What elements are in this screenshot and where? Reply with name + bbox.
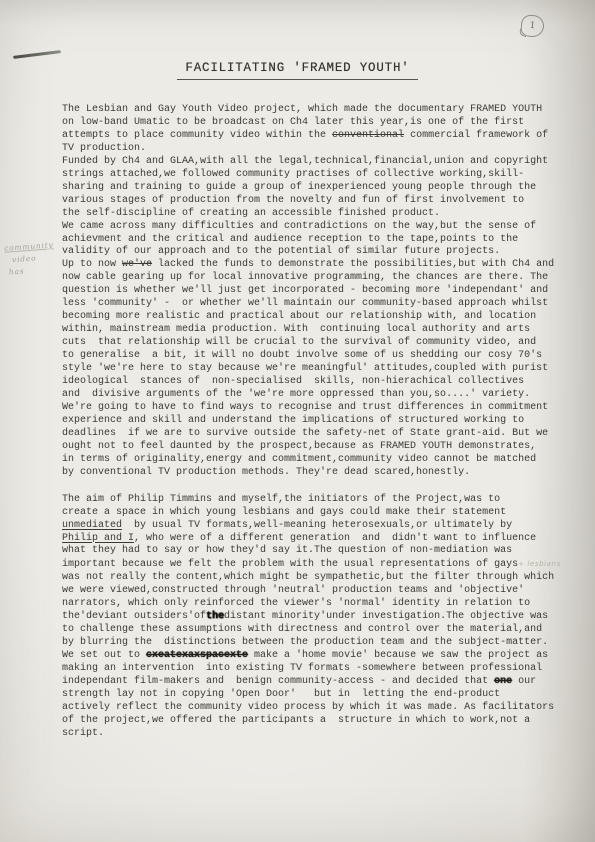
typed-text: now cable gearing up for local innovativ…	[62, 272, 548, 283]
typed-line: TV production.	[62, 143, 567, 156]
typed-line: sharing and training to guide a group of…	[62, 182, 567, 195]
typed-text: create a space in which young lesbians a…	[62, 507, 506, 518]
typed-text: the self-discipline of creating an acces…	[62, 208, 440, 219]
typed-text: becoming more realistic and practical ab…	[62, 311, 536, 322]
typed-line: achievment and the critical and audience…	[62, 234, 567, 247]
scanned-page: 1 FACILITATING 'FRAMED YOUTH' community …	[0, 0, 595, 842]
typed-line: various stages of production from the no…	[62, 195, 567, 208]
typed-text: strings attached,we followed community p…	[62, 169, 524, 180]
page-number: 1	[529, 21, 536, 32]
typed-underline-text: Philip and I	[62, 533, 134, 544]
typed-text: our	[512, 676, 536, 687]
paragraph-block: The aim of Philip Timmins and myself,the…	[62, 494, 567, 741]
typed-text: by usual TV formats,well-meaning heteros…	[122, 520, 512, 531]
typed-text: ideological stances of non-specialised s…	[62, 376, 524, 387]
typed-text: making an intervention into existing TV …	[62, 663, 542, 674]
typed-text: narrators, which only reinforced the vie…	[62, 598, 530, 609]
paragraph-block: The Lesbian and Gay Youth Video project,…	[62, 104, 567, 480]
typed-text: independant film-makers and benign commu…	[62, 676, 494, 687]
typed-line: deadlines if we are to survive outside t…	[62, 428, 567, 441]
typed-text: in terms of originality,energy and commi…	[62, 454, 536, 465]
typed-text: ought not to feel daunted by the prospec…	[62, 441, 536, 452]
typed-text: sharing and training to guide a group of…	[62, 182, 536, 193]
typed-line: the'deviant outsiders'ofthedistant minor…	[62, 611, 567, 624]
typed-line: of the project,we offered the participan…	[62, 715, 567, 728]
typed-text: , who were of a different generation and…	[134, 533, 536, 544]
typed-text: actively reflect the community video pro…	[62, 702, 554, 713]
typed-line: was not really the content,which might b…	[62, 572, 567, 585]
typed-text: The aim of Philip Timmins and myself,the…	[62, 494, 500, 505]
typed-text: strength lay not in copying 'Open Door' …	[62, 689, 500, 700]
typed-text: achievment and the critical and audience…	[62, 234, 518, 245]
typed-line: by blurring the distinctions between the…	[62, 637, 567, 650]
margin-note-line: has	[5, 263, 55, 278]
typed-text-body: The Lesbian and Gay Youth Video project,…	[62, 104, 567, 741]
typed-line: We came across many difficulties and con…	[62, 221, 567, 234]
typed-line: script.	[62, 728, 567, 741]
typed-line: create a space in which young lesbians a…	[62, 507, 567, 520]
typed-text: script.	[62, 728, 104, 739]
typed-line: what they had to say or how they'd say i…	[62, 545, 567, 558]
typed-line: The Lesbian and Gay Youth Video project,…	[62, 104, 567, 117]
typed-line: less 'community' - or whether we'll main…	[62, 298, 567, 311]
typed-hand-text: + lesbians	[518, 560, 561, 568]
typed-text: important because we felt the problem wi…	[62, 559, 518, 570]
typed-underline-text: unmediated	[62, 520, 122, 531]
typed-text: what they had to say or how they'd say i…	[62, 545, 512, 556]
typed-line: independant film-makers and benign commu…	[62, 676, 567, 689]
typed-text: less 'community' - or whether we'll main…	[62, 298, 548, 309]
typed-text: Funded by Ch4 and GLAA,with all the lega…	[62, 156, 548, 167]
typed-line: We're going to have to find ways to reco…	[62, 402, 567, 415]
typed-strike-text: conventional	[332, 130, 404, 141]
typed-line: to generalise a bit, it will no doubt in…	[62, 350, 567, 363]
title-area: FACILITATING 'FRAMED YOUTH'	[0, 0, 595, 80]
typed-line: important because we felt the problem wi…	[62, 558, 567, 572]
typed-line: ideological stances of non-specialised s…	[62, 376, 567, 389]
typed-line: ought not to feel daunted by the prospec…	[62, 441, 567, 454]
typed-text: We set out to	[62, 650, 146, 661]
typed-text: lacked the funds to demonstrate the poss…	[152, 259, 554, 270]
pencil-margin-note: community video has	[4, 239, 56, 278]
typed-strike-text: we've	[122, 259, 152, 270]
typed-line: we were viewed,constructed through 'neut…	[62, 585, 567, 598]
typed-text: to generalise a bit, it will no doubt in…	[62, 350, 542, 361]
typed-text: by conventional TV production methods. T…	[62, 467, 470, 478]
typed-line: becoming more realistic and practical ab…	[62, 311, 567, 324]
typed-line: in terms of originality,energy and commi…	[62, 454, 567, 467]
typed-text: question is whether we'll just get incor…	[62, 285, 548, 296]
typed-line: Philip and I, who were of a different ge…	[62, 533, 567, 546]
typed-text: validity of our approach and to the pote…	[62, 246, 500, 257]
typed-text: TV production.	[62, 143, 146, 154]
typed-text: to challenge these assumptions with dire…	[62, 624, 542, 635]
typed-text: distant minority'under investigation.The…	[224, 611, 548, 622]
typed-line: by conventional TV production methods. T…	[62, 467, 567, 480]
typed-text: Up to now	[62, 259, 122, 270]
typed-text: by blurring the distinctions between the…	[62, 637, 548, 648]
typed-line: Funded by Ch4 and GLAA,with all the lega…	[62, 156, 567, 169]
typed-line: unmediated by usual TV formats,well-mean…	[62, 520, 567, 533]
typed-line: style 'we're here to stay because we're …	[62, 363, 567, 376]
typed-xover-text: one	[494, 676, 512, 687]
typed-line: experience and skill and understand the …	[62, 415, 567, 428]
typed-line: now cable gearing up for local innovativ…	[62, 272, 567, 285]
typed-text: within, mainstream media production. Wit…	[62, 324, 530, 335]
typed-text: and divisive arguments of the 'we're mor…	[62, 389, 530, 400]
typed-text: style 'we're here to stay because we're …	[62, 363, 548, 374]
typed-line: narrators, which only reinforced the vie…	[62, 598, 567, 611]
typed-line: The aim of Philip Timmins and myself,the…	[62, 494, 567, 507]
typed-text: We're going to have to find ways to reco…	[62, 402, 548, 413]
typed-line: actively reflect the community video pro…	[62, 702, 567, 715]
typed-line: Up to now we've lacked the funds to demo…	[62, 259, 567, 272]
typed-text: commercial framework of	[404, 130, 548, 141]
typed-line: We set out to cxeatexaxspacexte make a '…	[62, 650, 567, 663]
typed-line: attempts to place community video within…	[62, 130, 567, 143]
typed-text: was not really the content,which might b…	[62, 572, 554, 583]
typed-line: to challenge these assumptions with dire…	[62, 624, 567, 637]
typed-text: of the project,we offered the participan…	[62, 715, 530, 726]
typed-text: make a 'home movie' because we saw the p…	[248, 650, 548, 661]
typed-text: on low-band Umatic to be broadcast on Ch…	[62, 117, 524, 128]
typed-line: the self-discipline of creating an acces…	[62, 208, 567, 221]
typed-line: and divisive arguments of the 'we're mor…	[62, 389, 567, 402]
document-title: FACILITATING 'FRAMED YOUTH'	[177, 61, 417, 80]
typed-text: the'deviant outsiders'of	[62, 611, 206, 622]
typed-line: making an intervention into existing TV …	[62, 663, 567, 676]
typed-line: question is whether we'll just get incor…	[62, 285, 567, 298]
typed-text: various stages of production from the no…	[62, 195, 524, 206]
typed-text: deadlines if we are to survive outside t…	[62, 428, 548, 439]
typed-text: attempts to place community video within…	[62, 130, 332, 141]
typed-line: within, mainstream media production. Wit…	[62, 324, 567, 337]
typed-line: cuts that relationship will be crucial t…	[62, 337, 567, 350]
typed-line: strings attached,we followed community p…	[62, 169, 567, 182]
typed-blot-text: the	[206, 611, 224, 622]
typed-line: strength lay not in copying 'Open Door' …	[62, 689, 567, 702]
typed-text: cuts that relationship will be crucial t…	[62, 337, 536, 348]
typed-text: experience and skill and understand the …	[62, 415, 524, 426]
typed-text: we were viewed,constructed through 'neut…	[62, 585, 524, 596]
typed-line: validity of our approach and to the pote…	[62, 246, 567, 259]
typed-text: The Lesbian and Gay Youth Video project,…	[62, 104, 542, 115]
typed-text: We came across many difficulties and con…	[62, 221, 536, 232]
typed-line: on low-band Umatic to be broadcast on Ch…	[62, 117, 567, 130]
typed-xover-text: cxeatexaxspacexte	[146, 650, 248, 661]
